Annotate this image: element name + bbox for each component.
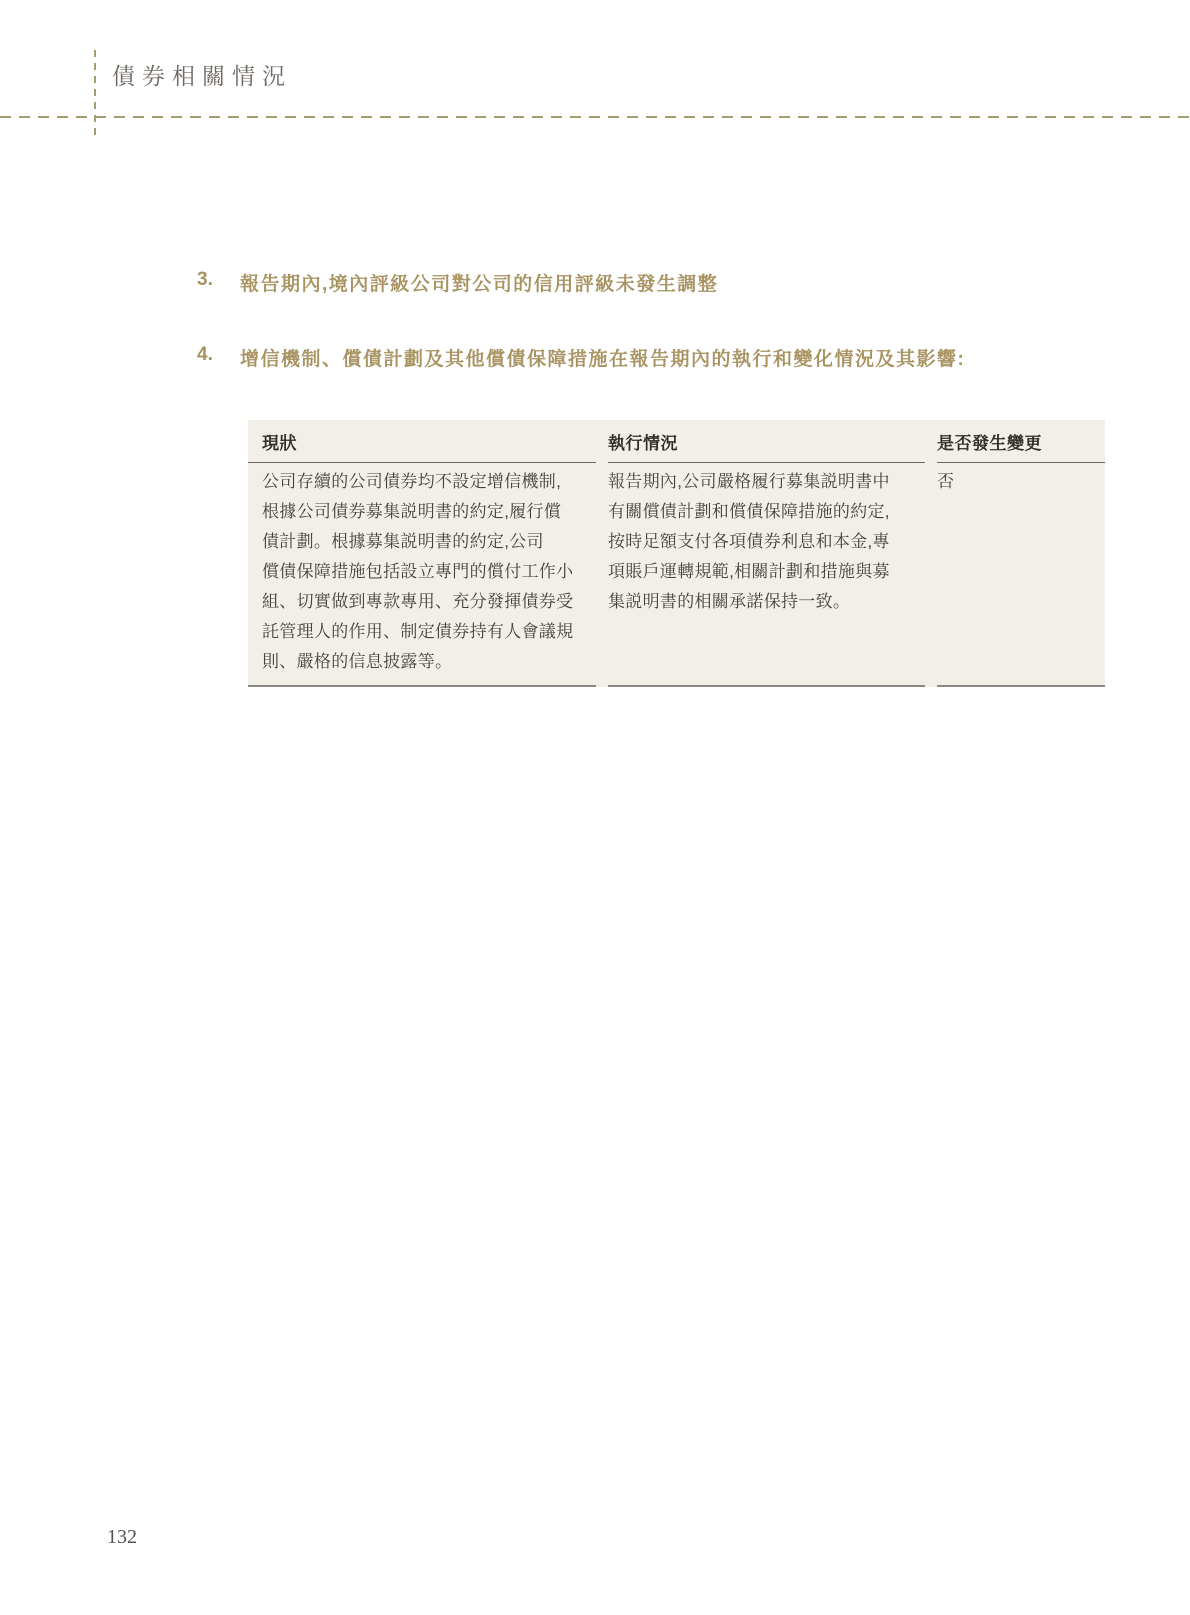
- section-item-4: 4. 增信機制、償債計劃及其他償債保障措施在報告期內的執行和變化情況及其影響:: [197, 344, 965, 371]
- table-cell-change: 否: [937, 463, 1105, 687]
- section-number: 4.: [197, 344, 240, 371]
- header-vertical-dashed-line: [94, 50, 96, 140]
- section-number: 3.: [197, 269, 240, 296]
- bond-measures-table: 現狀 執行情況 是否發生變更 公司存續的公司債券均不設定增信機制, 根據公司債券…: [248, 420, 1105, 687]
- table-header-execution: 執行情況: [608, 420, 925, 463]
- table-header-status: 現狀: [248, 420, 596, 463]
- table-row: 公司存續的公司債券均不設定增信機制, 根據公司債券募集説明書的約定,履行償 債計…: [248, 463, 1105, 687]
- table-header-row: 現狀 執行情況 是否發生變更: [248, 420, 1105, 463]
- table-cell-status: 公司存續的公司債券均不設定增信機制, 根據公司債券募集説明書的約定,履行償 債計…: [248, 463, 596, 687]
- section-item-3: 3. 報告期內,境內評級公司對公司的信用評級未發生調整: [197, 269, 718, 296]
- table-header-change: 是否發生變更: [937, 420, 1105, 463]
- table-cell-execution: 報告期內,公司嚴格履行募集説明書中 有關償債計劃和償債保障措施的約定, 按時足額…: [608, 463, 925, 687]
- section-text: 報告期內,境內評級公司對公司的信用評級未發生調整: [240, 269, 718, 296]
- header-horizontal-dashed-line: [0, 116, 1190, 118]
- document-page: 債券相關情況 3. 報告期內,境內評級公司對公司的信用評級未發生調整 4. 增信…: [0, 0, 1190, 1615]
- page-number: 132: [107, 1526, 137, 1549]
- section-text: 增信機制、償債計劃及其他償債保障措施在報告期內的執行和變化情況及其影響:: [240, 344, 965, 371]
- document-title: 債券相關情況: [112, 58, 292, 91]
